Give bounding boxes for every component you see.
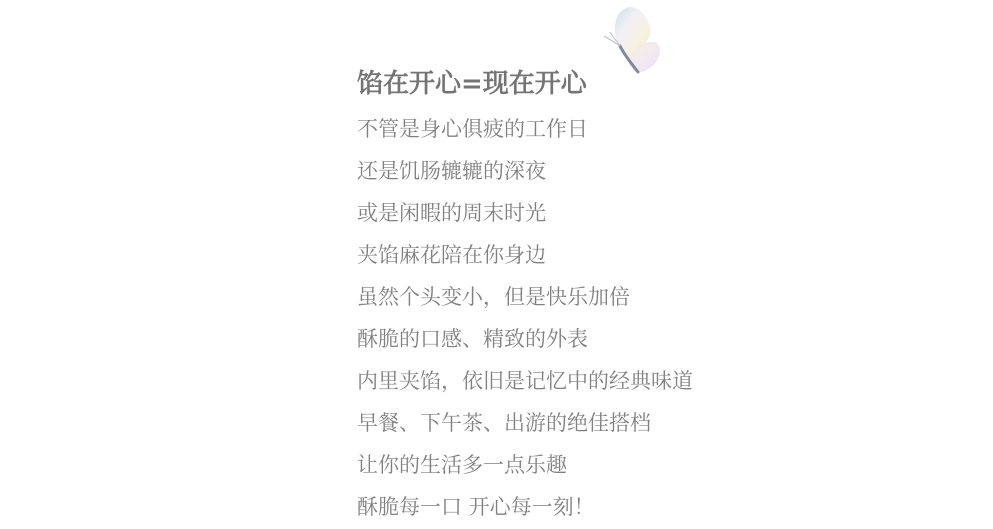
article-line: 还是饥肠辘辘的深夜 xyxy=(357,150,693,192)
article-line: 内里夹馅，依旧是记忆中的经典味道 xyxy=(357,360,693,402)
article-line: 夹馅麻花陪在你身边 xyxy=(357,234,693,276)
article-line: 早餐、下午茶、出游的绝佳搭档 xyxy=(357,402,693,444)
article-line: 虽然个头变小，但是快乐加倍 xyxy=(357,276,693,318)
article-line: 酥脆每一口 开心每一刻！ xyxy=(357,486,693,528)
article-line: 让你的生活多一点乐趣 xyxy=(357,444,693,486)
article-line: 不管是身心俱疲的工作日 xyxy=(357,108,693,150)
article-title: 馅在开心=现在开心 xyxy=(357,66,693,108)
article-line: 酥脆的口感、精致的外表 xyxy=(357,318,693,360)
article-line: 或是闲暇的周末时光 xyxy=(357,192,693,234)
article: 馅在开心=现在开心 不管是身心俱疲的工作日 还是饥肠辘辘的深夜 或是闲暇的周末时… xyxy=(357,66,693,528)
